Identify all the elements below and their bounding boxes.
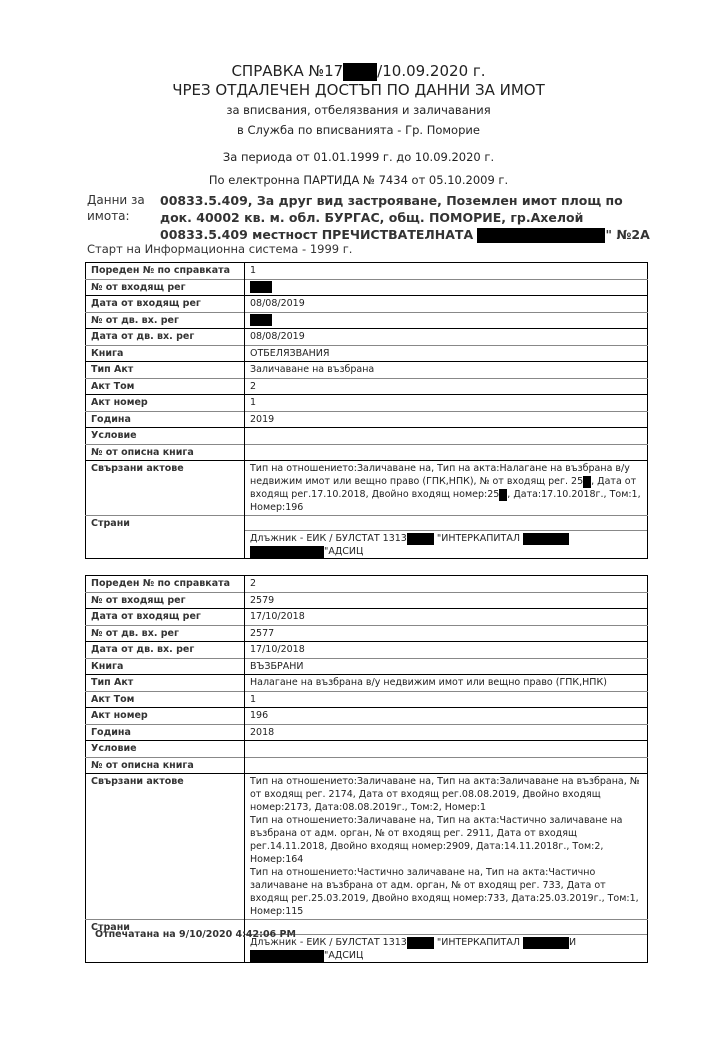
table-row: Свързани актовеТип на отношението:Залича… — [86, 774, 648, 920]
report-scope: за вписвания, отбелязвания и заличавания — [0, 102, 717, 118]
table-row: Акт Том1 — [86, 691, 648, 708]
property-info: Данни за имота: 00833.5.409, За друг вид… — [87, 192, 657, 243]
party-party-d: "АДСИЦ — [324, 950, 363, 961]
label-inventory: № от описна книга — [86, 444, 245, 461]
title-suffix: /10.09.2020 г. — [377, 62, 485, 80]
table-row: Пореден № по справката1 — [86, 263, 648, 280]
table-row: Условие — [86, 741, 648, 758]
label-vol: Акт Том — [86, 691, 245, 708]
label-book: Книга — [86, 658, 245, 675]
table-row: № от дв. вх. рег2577 — [86, 625, 648, 642]
redaction — [523, 937, 569, 949]
value-condition — [245, 428, 648, 445]
value-year: 2018 — [245, 724, 648, 741]
parties-empty-row — [245, 515, 647, 531]
redaction — [407, 533, 434, 545]
value-seq: 2 — [245, 576, 648, 593]
value-book: ОТБЕЛЯЗВАНИЯ — [245, 345, 648, 362]
label-year: Година — [86, 411, 245, 428]
value-dbl-no — [245, 312, 648, 329]
table-row: Дата от входящ рег08/08/2019 — [86, 296, 648, 313]
redaction — [250, 546, 324, 558]
redaction — [250, 950, 324, 962]
related-act: Тип на отношението:Заличаване на, Тип на… — [250, 814, 642, 866]
table-row: Година2018 — [86, 724, 648, 741]
report-title: СПРАВКА №17/10.09.2020 г. — [0, 62, 717, 81]
table-row: Тип АктЗаличаване на възбрана — [86, 362, 648, 379]
label-in-no: № от входящ рег — [86, 592, 245, 609]
property-number: " №2А — [605, 227, 649, 242]
table-row: Страни Длъжник - ЕИК / БУЛСТАТ 1313 "ИНТ… — [86, 516, 648, 559]
redaction — [523, 533, 569, 545]
value-act-no: 1 — [245, 395, 648, 412]
record-table-2: Пореден № по справката2 № от входящ рег2… — [85, 575, 648, 963]
value-seq: 1 — [245, 263, 648, 280]
value-vol: 2 — [245, 378, 648, 395]
table-row: Акт номер196 — [86, 708, 648, 725]
table-row: Акт номер1 — [86, 395, 648, 412]
value-in-date: 08/08/2019 — [245, 296, 648, 313]
label-seq: Пореден № по справката — [86, 263, 245, 280]
value-dbl-no: 2577 — [245, 625, 648, 642]
property-label: Данни за имота: — [87, 192, 160, 243]
label-parties: Страни — [86, 516, 245, 559]
label-inventory: № от описна книга — [86, 757, 245, 774]
value-in-no — [245, 279, 648, 296]
table-row: Акт Том2 — [86, 378, 648, 395]
registry-office: в Служба по вписванията - Гр. Поморие — [0, 122, 717, 138]
value-act-no: 196 — [245, 708, 648, 725]
label-dbl-no: № от дв. вх. рег — [86, 312, 245, 329]
table-row: Тип АктНалагане на възбрана в/у недвижим… — [86, 675, 648, 692]
label-act-no: Акт номер — [86, 708, 245, 725]
label-condition: Условие — [86, 428, 245, 445]
related-act: Тип на отношението:Заличаване на, Тип на… — [250, 462, 642, 514]
label-in-date: Дата от входящ рег — [86, 296, 245, 313]
label-seq: Пореден № по справката — [86, 576, 245, 593]
value-year: 2019 — [245, 411, 648, 428]
redaction — [343, 63, 377, 81]
party-entry: Длъжник - ЕИК / БУЛСТАТ 1313 "ИНТЕРКАПИТ… — [245, 935, 647, 963]
table-row: Условие — [86, 428, 648, 445]
report-period: За периода от 01.01.1999 г. до 10.09.202… — [0, 149, 717, 165]
label-dbl-no: № от дв. вх. рег — [86, 625, 245, 642]
label-act-no: Акт номер — [86, 395, 245, 412]
record-table-1: Пореден № по справката1 № от входящ рег … — [85, 262, 648, 559]
report-subtitle: ЧРЕЗ ОТДАЛЕЧЕН ДОСТЪП ПО ДАННИ ЗА ИМОТ — [0, 81, 717, 100]
table-row: № от входящ рег2579 — [86, 592, 648, 609]
party-party-b: "ИНТЕРКАПИТАЛ — [434, 937, 523, 948]
label-vol: Акт Том — [86, 378, 245, 395]
table-row: Дата от дв. вх. рег17/10/2018 — [86, 642, 648, 659]
table-row: Дата от входящ рег17/10/2018 — [86, 609, 648, 626]
redaction — [250, 314, 272, 326]
value-book: ВЪЗБРАНИ — [245, 658, 648, 675]
value-in-no: 2579 — [245, 592, 648, 609]
party-party-a: Длъжник - ЕИК / БУЛСТАТ 1313 — [250, 533, 407, 544]
redaction — [250, 281, 272, 293]
property-value: 00833.5.409, За друг вид застрояване, По… — [160, 192, 657, 243]
table-row: КнигаВЪЗБРАНИ — [86, 658, 648, 675]
label-related: Свързани актове — [86, 461, 245, 516]
label-condition: Условие — [86, 741, 245, 758]
value-dbl-date: 17/10/2018 — [245, 642, 648, 659]
label-year: Година — [86, 724, 245, 741]
label-parties: Страни — [86, 920, 245, 963]
table-row: КнигаОТБЕЛЯЗВАНИЯ — [86, 345, 648, 362]
value-act-type: Заличаване на възбрана — [245, 362, 648, 379]
redaction — [477, 228, 605, 243]
label-act-type: Тип Акт — [86, 675, 245, 692]
table-row: № от описна книга — [86, 757, 648, 774]
redaction — [583, 476, 591, 488]
table-row: Свързани актовеТип на отношението:Залича… — [86, 461, 648, 516]
value-condition — [245, 741, 648, 758]
label-related: Свързани актове — [86, 774, 245, 920]
title-prefix: СПРАВКА №17 — [231, 62, 343, 80]
value-dbl-date: 08/08/2019 — [245, 329, 648, 346]
value-related-acts: Тип на отношението:Заличаване на, Тип на… — [245, 774, 648, 920]
table-row: № от входящ рег — [86, 279, 648, 296]
table-row: Дата от дв. вх. рег08/08/2019 — [86, 329, 648, 346]
table-row: Пореден № по справката2 — [86, 576, 648, 593]
label-act-type: Тип Акт — [86, 362, 245, 379]
redaction — [499, 489, 507, 501]
party-party-c: И — [569, 937, 576, 948]
value-act-type: Налагане на възбрана в/у недвижим имот и… — [245, 675, 648, 692]
label-dbl-date: Дата от дв. вх. рег — [86, 642, 245, 659]
label-in-date: Дата от входящ рег — [86, 609, 245, 626]
print-timestamp: Отпечатана на 9/10/2020 4:42:06 PM — [95, 929, 296, 940]
value-inventory — [245, 757, 648, 774]
label-book: Книга — [86, 345, 245, 362]
value-in-date: 17/10/2018 — [245, 609, 648, 626]
redaction — [407, 937, 434, 949]
electronic-partida: По електронна ПАРТИДА № 7434 от 05.10.20… — [0, 172, 717, 188]
table-row: Година2019 — [86, 411, 648, 428]
party-entry: Длъжник - ЕИК / БУЛСТАТ 1313 "ИНТЕРКАПИТ… — [245, 531, 647, 559]
related-act: Тип на отношението:Заличаване на, Тип на… — [250, 775, 642, 814]
parties-empty-row — [245, 919, 647, 935]
table-row: № от описна книга — [86, 444, 648, 461]
system-start-note: Старт на Информационна система - 1999 г. — [87, 242, 352, 256]
party-party-b: "ИНТЕРКАПИТАЛ — [434, 533, 523, 544]
value-related-acts: Тип на отношението:Заличаване на, Тип на… — [245, 461, 648, 516]
table-row: Страни Длъжник - ЕИК / БУЛСТАТ 1313 "ИНТ… — [86, 920, 648, 963]
label-in-no: № от входящ рег — [86, 279, 245, 296]
table-row: № от дв. вх. рег — [86, 312, 648, 329]
value-vol: 1 — [245, 691, 648, 708]
value-inventory — [245, 444, 648, 461]
label-dbl-date: Дата от дв. вх. рег — [86, 329, 245, 346]
party-party-d: "АДСИЦ — [324, 546, 363, 557]
related-act: Тип на отношението:Частично заличаване н… — [250, 866, 642, 918]
